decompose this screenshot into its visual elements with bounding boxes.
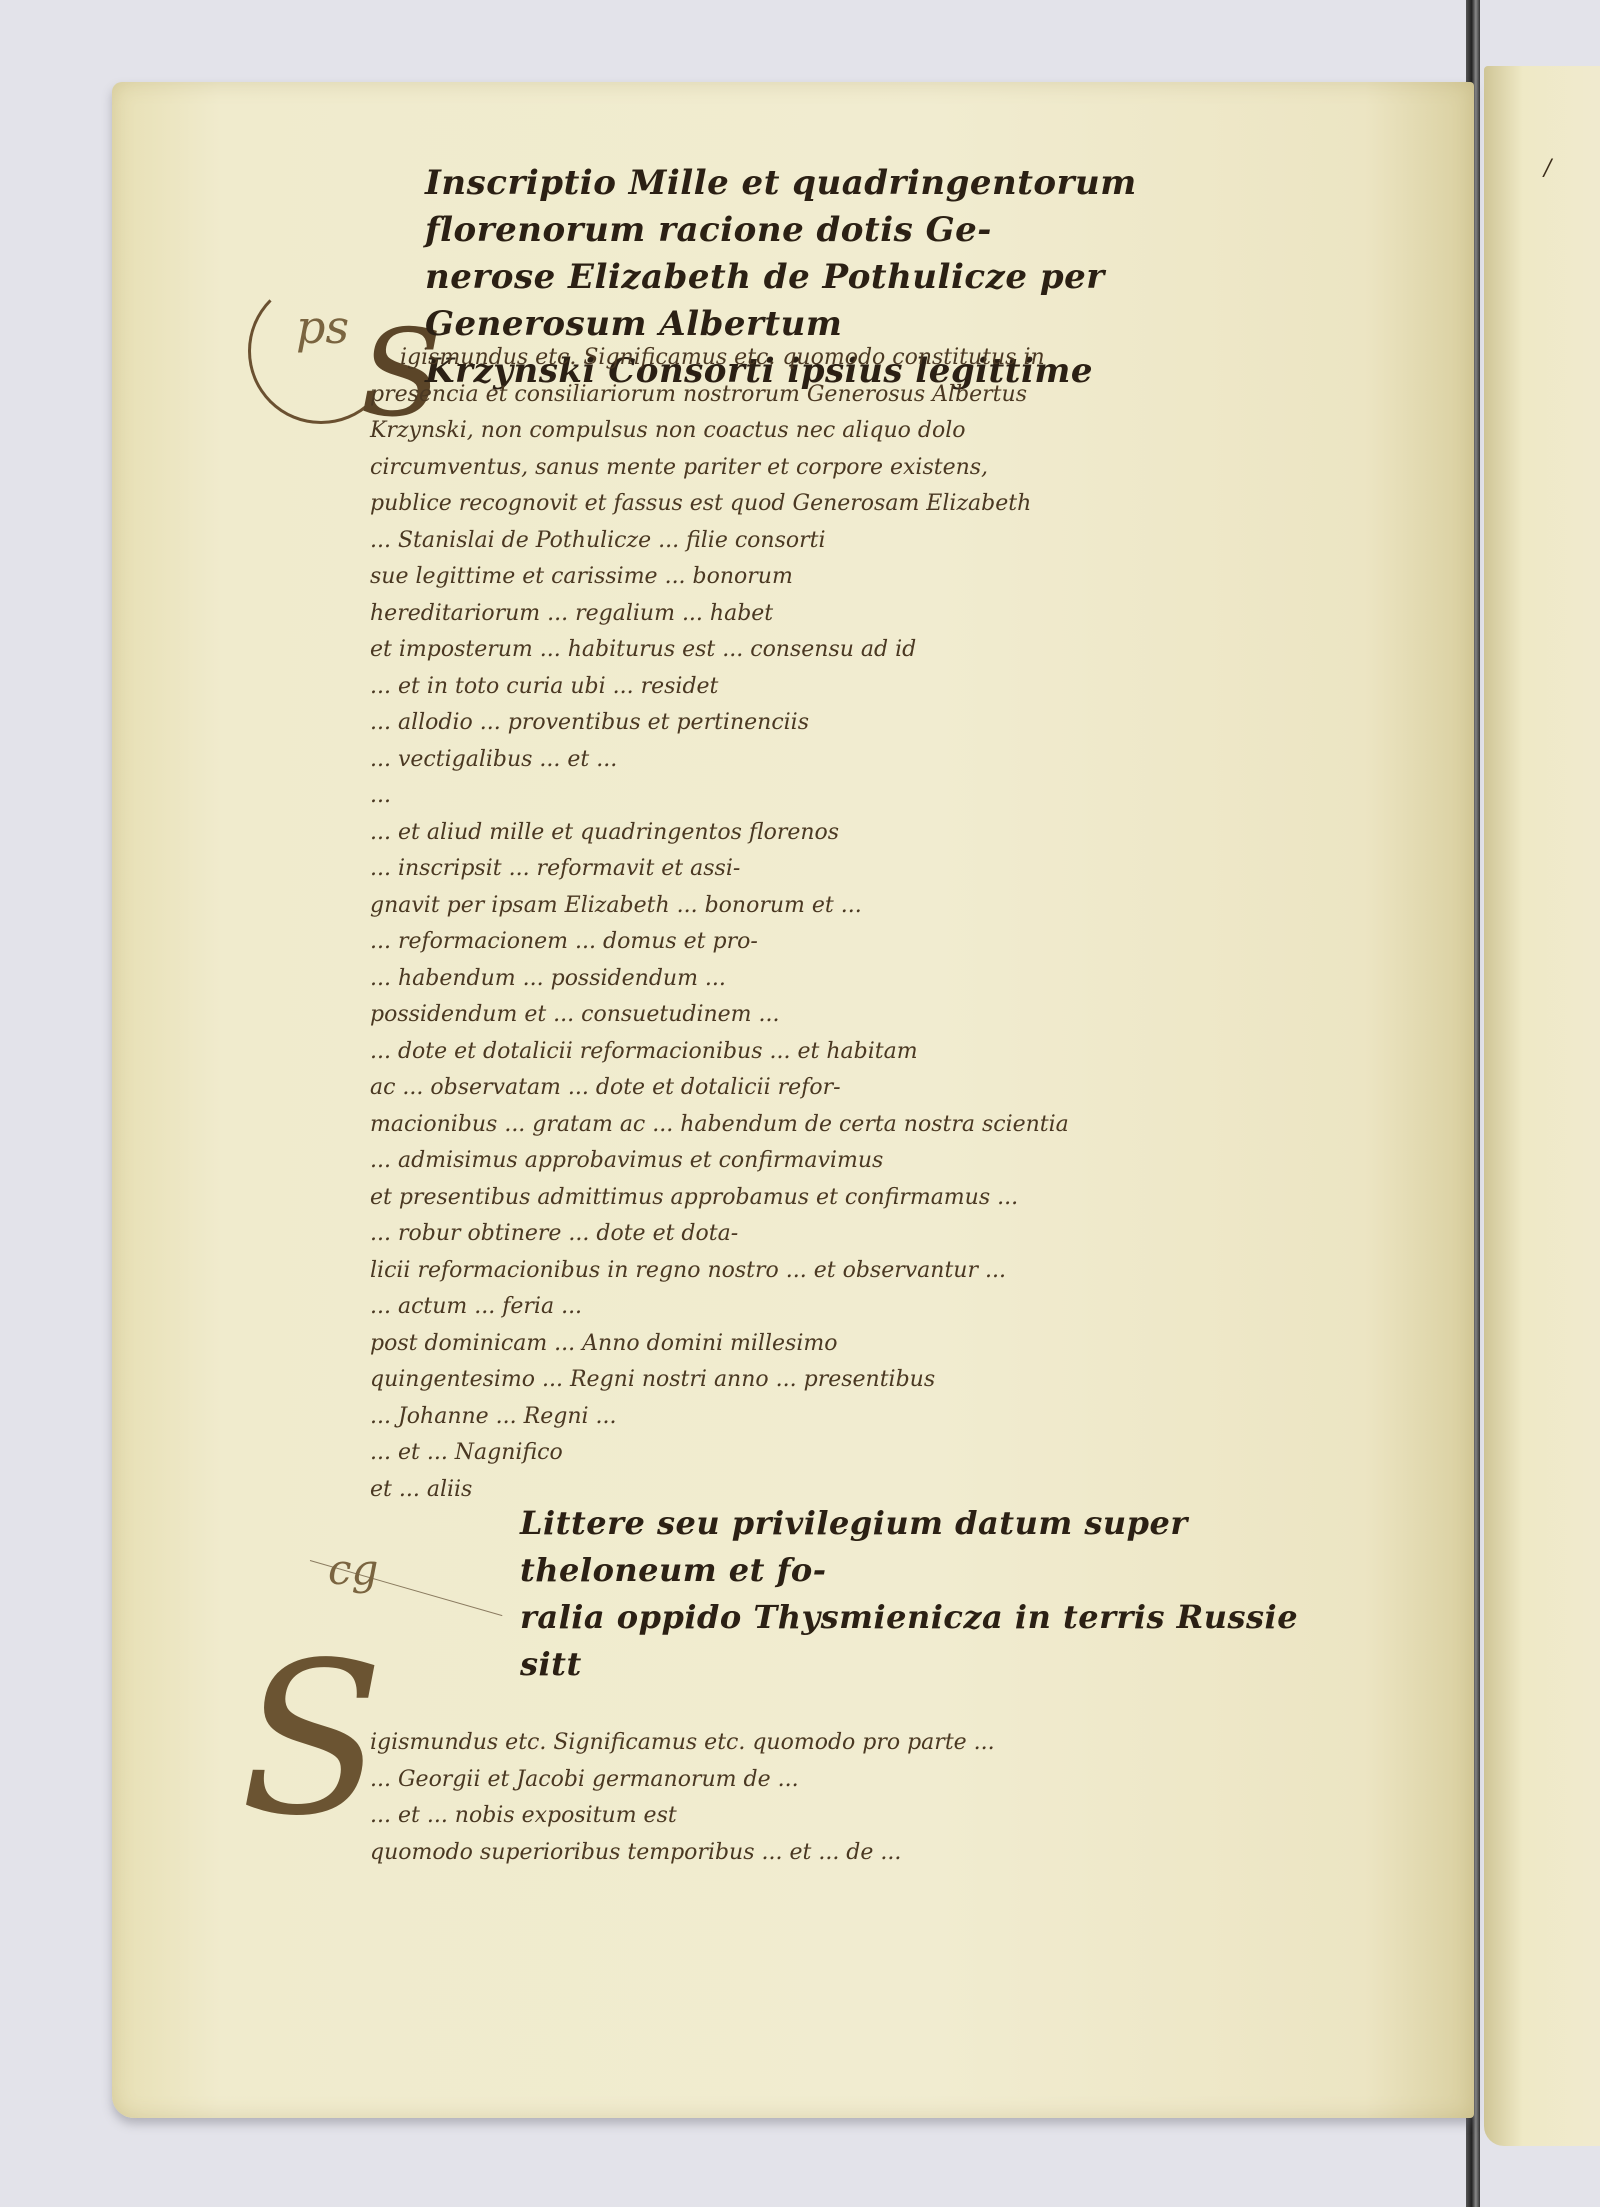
body-line: gnavit per ipsam Elizabeth ... bonorum e… (370, 888, 1069, 925)
marginal-note-1: ps (296, 300, 349, 354)
body-line: publice recognovit et fassus est quod Ge… (370, 486, 1069, 523)
marginal-note-2: cg (328, 1545, 378, 1594)
entry-body-2: igismundus etc. Significamus etc. quomod… (370, 1725, 995, 1871)
body-line: ... Georgii et Jacobi germanorum de ... (370, 1762, 995, 1799)
body-line: ... allodio ... proventibus et pertinenc… (370, 705, 1069, 742)
body-line: circumventus, sanus mente pariter et cor… (370, 450, 1069, 487)
body-line: ... et aliud mille et quadringentos flor… (370, 815, 1069, 852)
entry-heading-2: Littere seu privilegium datum super thel… (520, 1500, 1300, 1688)
body-line: ... admisimus approbavimus et confirmavi… (370, 1143, 1069, 1180)
body-line: ... habendum ... possidendum ... (370, 961, 1069, 998)
body-line: macionibus ... gratam ac ... habendum de… (370, 1107, 1069, 1144)
body-line: quomodo superioribus temporibus ... et .… (370, 1835, 995, 1872)
body-line: ... et ... nobis expositum est (370, 1798, 995, 1835)
body-line: ... et in toto curia ubi ... residet (370, 669, 1069, 706)
heading-line: Littere seu privilegium datum super thel… (520, 1500, 1300, 1594)
body-line: licii reformacionibus in regno nostro ..… (370, 1253, 1069, 1290)
body-line: possidendum et ... consuetudinem ... (370, 997, 1069, 1034)
body-line: ... (370, 778, 1069, 815)
heading-line: ralia oppido Thysmienicza in terris Russ… (520, 1594, 1300, 1688)
body-line: quingentesimo ... Regni nostri anno ... … (370, 1362, 1069, 1399)
entry-body-1: igismundus etc. Significamus etc. quomod… (370, 340, 1069, 1508)
body-line: igismundus etc. Significamus etc. quomod… (370, 340, 1069, 377)
decorated-initial-2: S (240, 1640, 384, 1840)
body-line: ... vectigalibus ... et ... (370, 742, 1069, 779)
body-line: sue legittime et carissime ... bonorum (370, 559, 1069, 596)
body-line: igismundus etc. Significamus etc. quomod… (370, 1725, 995, 1762)
body-line: Krzynski, non compulsus non coactus nec … (370, 413, 1069, 450)
body-line: ... inscripsit ... reformavit et assi- (370, 851, 1069, 888)
body-line: et imposterum ... habiturus est ... cons… (370, 632, 1069, 669)
heading-line: nerose Elizabeth de Pothulicze per Gener… (425, 254, 1325, 348)
body-line: ... robur obtinere ... dote et dota- (370, 1216, 1069, 1253)
adjacent-page-text-fragment: / (1544, 156, 1551, 181)
body-line: presencia et consiliariorum nostrorum Ge… (370, 377, 1069, 414)
body-line: ... Johanne ... Regni ... (370, 1399, 1069, 1436)
body-line: hereditariorum ... regalium ... habet (370, 596, 1069, 633)
body-line: ... actum ... feria ... (370, 1289, 1069, 1326)
body-line: ... et ... Nagnifico (370, 1435, 1069, 1472)
body-line: post dominicam ... Anno domini millesimo (370, 1326, 1069, 1363)
body-line: ... dote et dotalicii reformacionibus ..… (370, 1034, 1069, 1071)
adjacent-page-edge: / (1484, 66, 1600, 2146)
body-line: ... reformacionem ... domus et pro- (370, 924, 1069, 961)
body-line: et presentibus admittimus approbamus et … (370, 1180, 1069, 1217)
heading-line: Inscriptio Mille et quadringentorum flor… (425, 160, 1325, 254)
body-line: ... Stanislai de Pothulicze ... filie co… (370, 523, 1069, 560)
body-line: ac ... observatam ... dote et dotalicii … (370, 1070, 1069, 1107)
